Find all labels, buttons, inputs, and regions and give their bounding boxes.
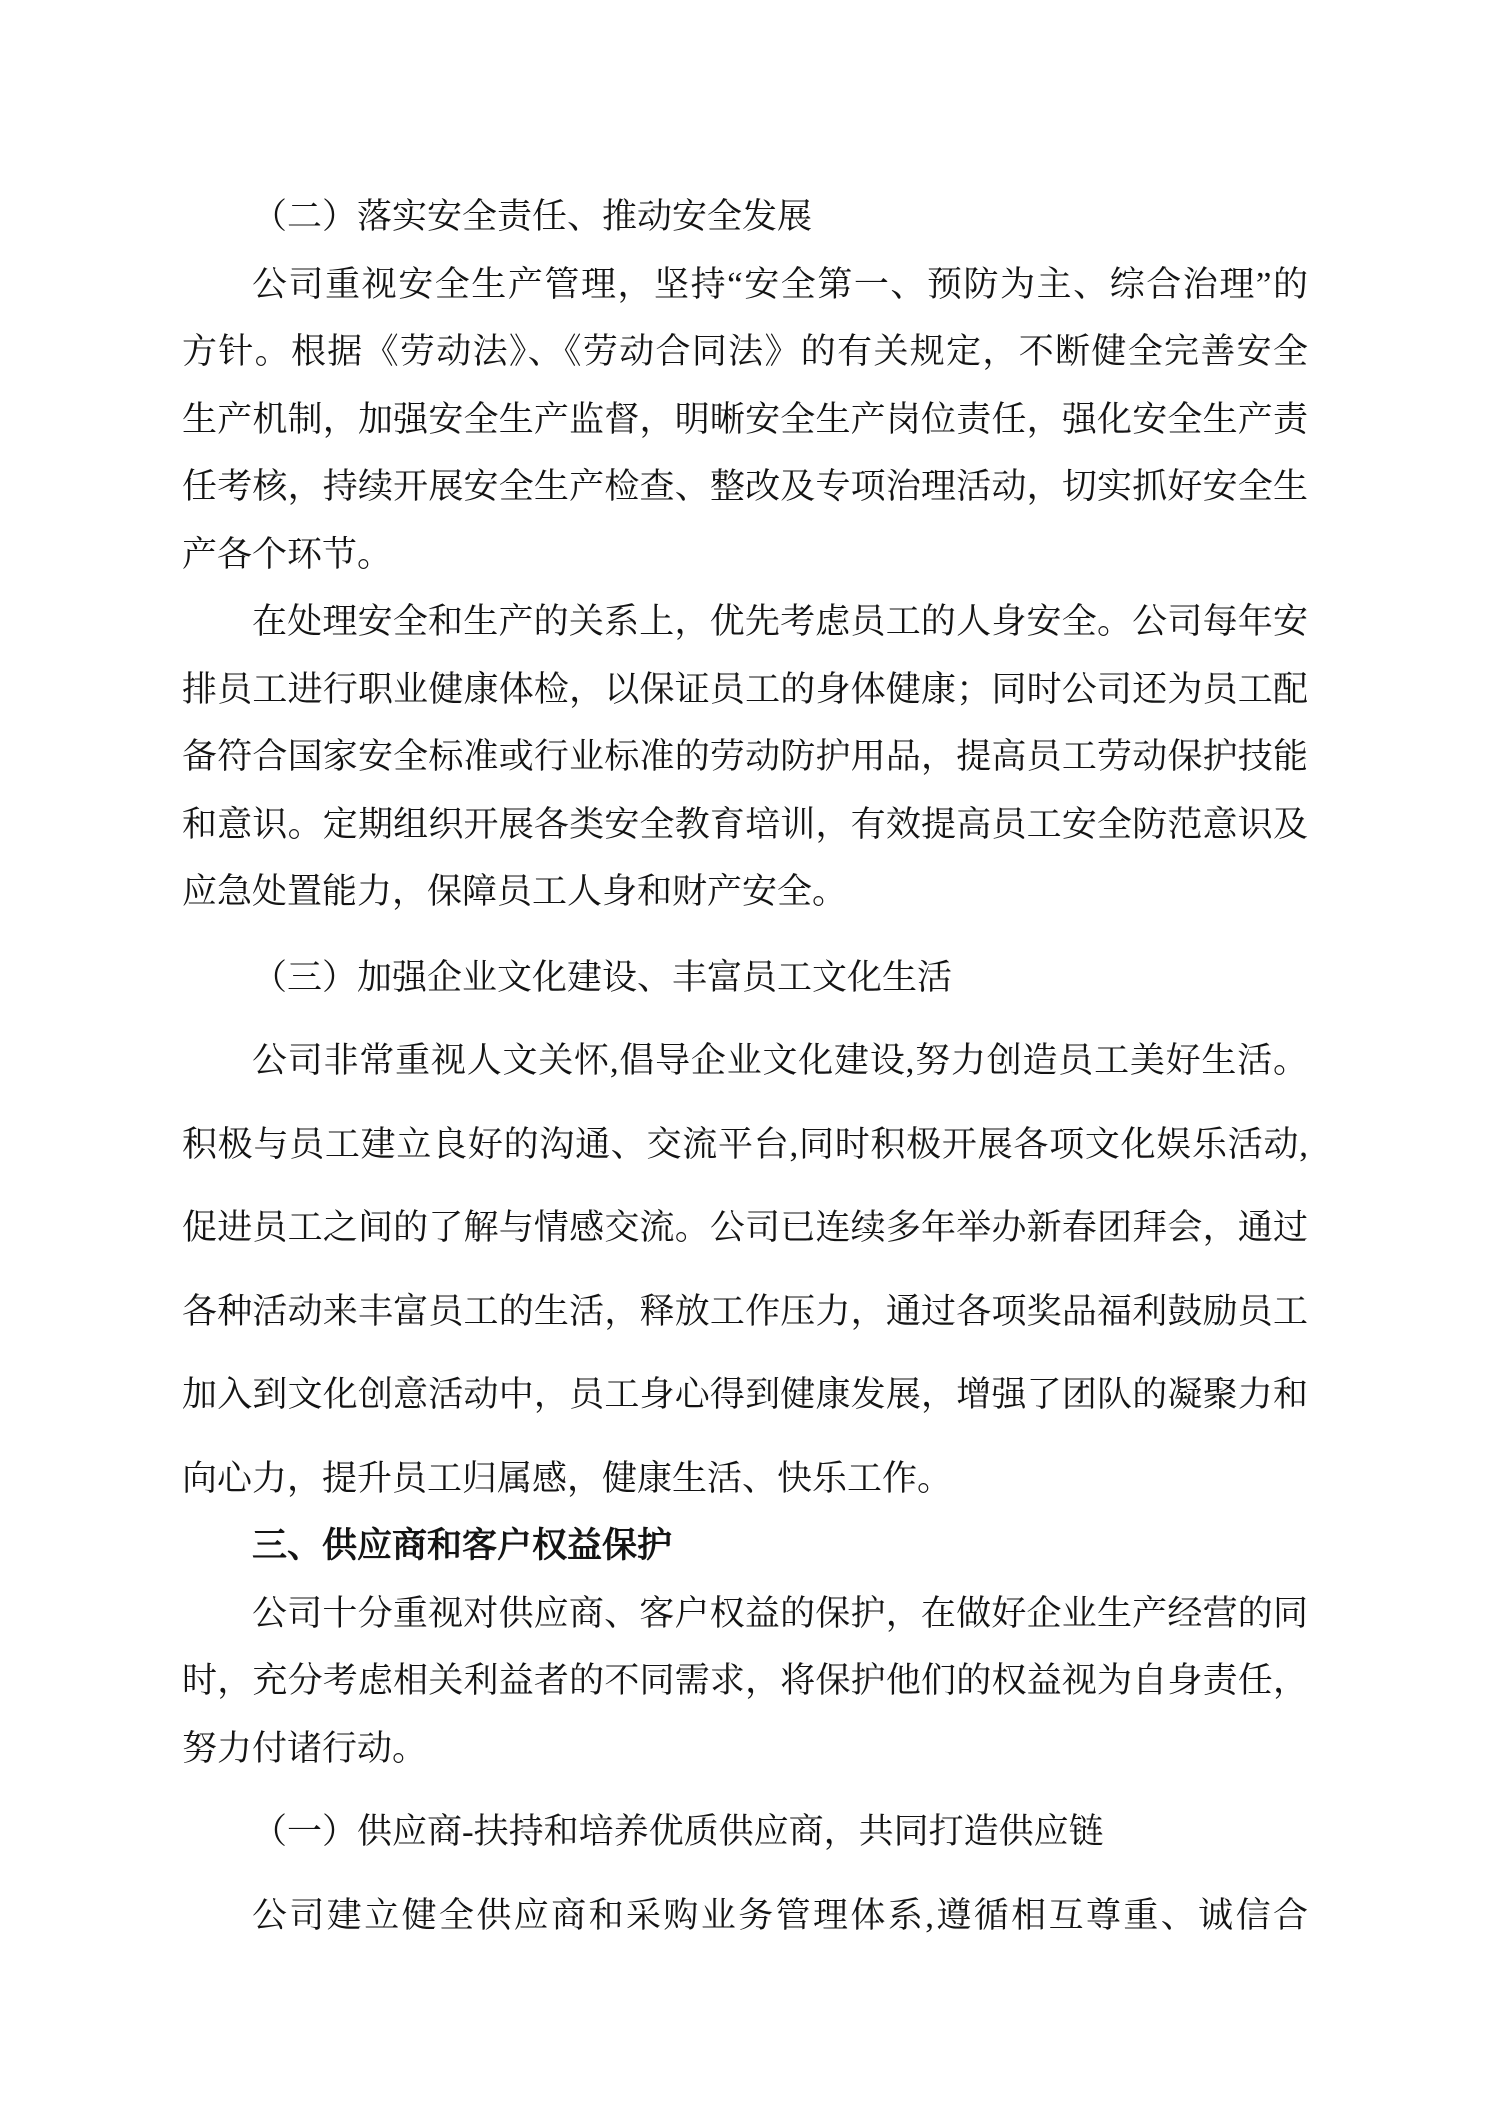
paragraph: 公司重视安全生产管理，坚持“安全第一、预防为主、综合治理”的方针。根据《劳动法》… bbox=[182, 251, 1308, 589]
paragraph: 公司非常重视人文关怀,倡导企业文化建设,努力创造员工美好生活。积极与员工建立良好… bbox=[182, 1019, 1308, 1520]
document-body: （二）落实安全责任、推动安全发展公司重视安全生产管理，坚持“安全第一、预防为主、… bbox=[182, 183, 1308, 1957]
text-line: 应急处置能力，保障员工人身和财产安全。 bbox=[182, 858, 1308, 926]
text-line: （一）供应商-扶持和培养优质供应商，共同打造供应链 bbox=[182, 1790, 1308, 1874]
text-line: 积极与员工建立良好的沟通、交流平台,同时积极开展各项文化娱乐活动, bbox=[182, 1103, 1308, 1187]
paragraph: 在处理安全和生产的关系上，优先考虑员工的人身安全。公司每年安排员工进行职业健康体… bbox=[182, 588, 1308, 926]
document-content: （二）落实安全责任、推动安全发展公司重视安全生产管理，坚持“安全第一、预防为主、… bbox=[182, 183, 1308, 1957]
text-line: 公司十分重视对供应商、客户权益的保护，在做好企业生产经营的同 bbox=[182, 1580, 1308, 1648]
sub-heading: （三）加强企业文化建设、丰富员工文化生活 bbox=[182, 936, 1308, 1020]
text-line: 公司重视安全生产管理，坚持“安全第一、预防为主、综合治理”的 bbox=[182, 251, 1308, 319]
text-line: 时，充分考虑相关利益者的不同需求，将保护他们的权益视为自身责任， bbox=[182, 1647, 1308, 1715]
sub-heading: （一）供应商-扶持和培养优质供应商，共同打造供应链 bbox=[182, 1790, 1308, 1874]
text-line: 公司建立健全供应商和采购业务管理体系,遵循相互尊重、诚信合作、 bbox=[182, 1874, 1308, 1958]
text-line: 生产机制，加强安全生产监督，明晰安全生产岗位责任，强化安全生产责 bbox=[182, 386, 1308, 454]
text-line: 排员工进行职业健康体检，以保证员工的身体健康；同时公司还为员工配 bbox=[182, 656, 1308, 724]
paragraph: 公司建立健全供应商和采购业务管理体系,遵循相互尊重、诚信合作、 bbox=[182, 1874, 1308, 1958]
text-line: 加入到文化创意活动中，员工身心得到健康发展，增强了团队的凝聚力和 bbox=[182, 1353, 1308, 1437]
text-line: 在处理安全和生产的关系上，优先考虑员工的人身安全。公司每年安 bbox=[182, 588, 1308, 656]
text-line: （二）落实安全责任、推动安全发展 bbox=[182, 183, 1308, 251]
text-line: 努力付诸行动。 bbox=[182, 1715, 1308, 1783]
text-line: 三、供应商和客户权益保护 bbox=[182, 1512, 1308, 1580]
text-line: 产各个环节。 bbox=[182, 521, 1308, 589]
text-line: 各种活动来丰富员工的生活，释放工作压力，通过各项奖品福利鼓励员工 bbox=[182, 1270, 1308, 1354]
section-heading: 三、供应商和客户权益保护 bbox=[182, 1512, 1308, 1580]
sub-heading: （二）落实安全责任、推动安全发展 bbox=[182, 183, 1308, 251]
text-line: 任考核，持续开展安全生产检查、整改及专项治理活动，切实抓好安全生 bbox=[182, 453, 1308, 521]
text-line: 方针。根据《劳动法》、《劳动合同法》的有关规定，不断健全完善安全 bbox=[182, 318, 1308, 386]
document-page: （二）落实安全责任、推动安全发展公司重视安全生产管理，坚持“安全第一、预防为主、… bbox=[0, 0, 1497, 2117]
text-line: 和意识。定期组织开展各类安全教育培训，有效提高员工安全防范意识及 bbox=[182, 791, 1308, 859]
text-line: 公司非常重视人文关怀,倡导企业文化建设,努力创造员工美好生活。 bbox=[182, 1019, 1308, 1103]
paragraph: 公司十分重视对供应商、客户权益的保护，在做好企业生产经营的同时，充分考虑相关利益… bbox=[182, 1580, 1308, 1783]
text-line: 促进员工之间的了解与情感交流。公司已连续多年举办新春团拜会，通过 bbox=[182, 1186, 1308, 1270]
text-line: （三）加强企业文化建设、丰富员工文化生活 bbox=[182, 936, 1308, 1020]
text-line: 备符合国家安全标准或行业标准的劳动防护用品，提高员工劳动保护技能 bbox=[182, 723, 1308, 791]
text-line: 向心力，提升员工归属感，健康生活、快乐工作。 bbox=[182, 1437, 1308, 1521]
